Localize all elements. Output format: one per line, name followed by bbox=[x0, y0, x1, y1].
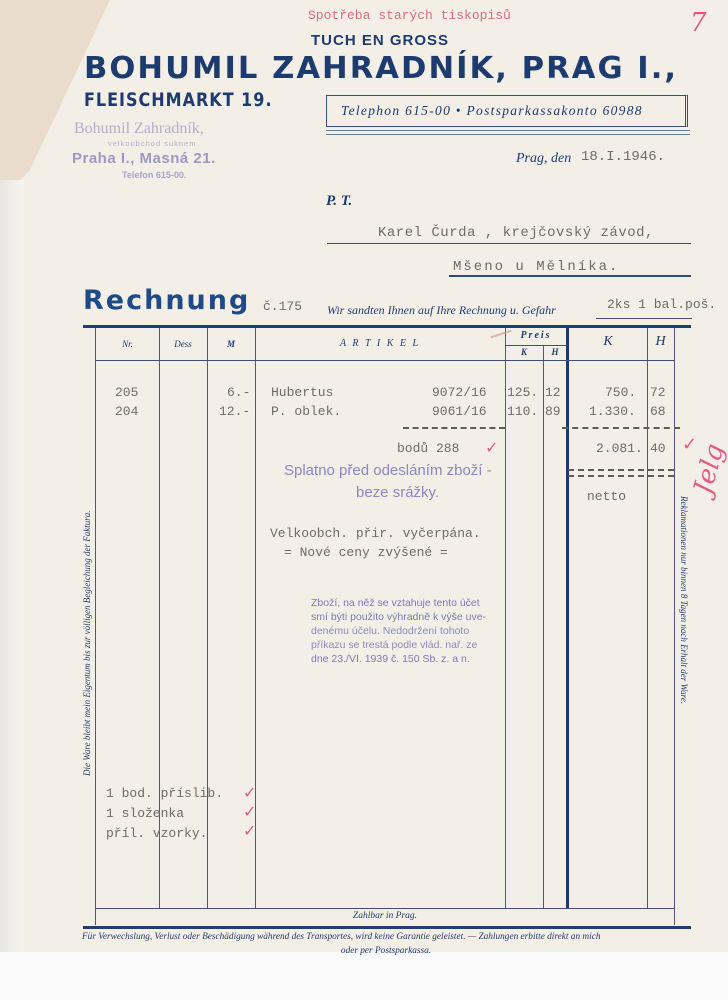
enclosure-item: 1 bod. příslib. bbox=[106, 786, 223, 801]
header-total-h: H bbox=[647, 334, 674, 350]
enclosure-item: 1 složenka bbox=[106, 806, 184, 821]
check-mark-icon: ✓ bbox=[485, 438, 498, 457]
col-divider-total bbox=[566, 328, 569, 908]
payable-note: Zahlbar in Prag. bbox=[96, 911, 674, 921]
row-preis-k: 110. bbox=[507, 404, 538, 419]
stamp-address: Praha I., Masná 21. bbox=[72, 150, 216, 167]
payment-stamp-line2: beze srážky. bbox=[356, 484, 439, 501]
row-total-h: 68 bbox=[650, 404, 666, 419]
check-mark-icon: ✓ bbox=[682, 434, 697, 455]
sum-double-rule-1 bbox=[568, 469, 674, 471]
table-right-border bbox=[674, 328, 675, 925]
invoice-title: Rechnung bbox=[83, 285, 250, 316]
header-preis: Preis bbox=[505, 330, 567, 341]
header-preis-h: H bbox=[543, 347, 567, 357]
preis-sub-rule bbox=[505, 345, 567, 346]
row-preis-h: 89 bbox=[545, 404, 561, 419]
recipient-city: Mšeno u Mělníka. bbox=[453, 259, 619, 275]
row-preis-k: 125. bbox=[507, 385, 538, 400]
contact-text: Telephon 615-00 • Postsparkassakonto 609… bbox=[341, 103, 643, 119]
check-mark-icon: ✓ bbox=[243, 802, 256, 821]
footer-line1: Für Verwechslung, Verlust oder Beschädig… bbox=[82, 932, 601, 942]
row-preis-h: 12 bbox=[545, 385, 561, 400]
row-nr: 205 bbox=[115, 385, 138, 400]
table-bottom-rule bbox=[96, 908, 674, 909]
shipping-label: Wir sandten Ihnen auf Ihre Rechnung u. G… bbox=[327, 303, 556, 318]
payment-stamp-line1: Splatno před odesláním zboží - bbox=[284, 462, 492, 479]
page-mark: 7 bbox=[690, 8, 707, 38]
col-divider-m bbox=[207, 328, 208, 908]
header-m: M bbox=[207, 339, 255, 349]
col-divider-dess bbox=[159, 328, 160, 908]
header-bottom-rule bbox=[96, 360, 674, 361]
table-footer-rule bbox=[83, 926, 691, 929]
row-total-k: 750. bbox=[605, 385, 636, 400]
subtotal-dash-artikel bbox=[403, 427, 505, 429]
scan-background bbox=[0, 952, 728, 1000]
regulation-line: smí býti použito výhradně k výše uve- bbox=[311, 611, 486, 623]
points: bodů 288 bbox=[397, 441, 459, 456]
row-nr: 204 bbox=[115, 404, 138, 419]
header-preis-k: K bbox=[505, 347, 543, 357]
header-total-k: K bbox=[569, 334, 647, 350]
note-line2: = Nové ceny zvýšené = bbox=[284, 545, 448, 560]
street-address: FLEISCHMARKT 19. bbox=[84, 89, 273, 111]
tagline: TUCH EN GROSS bbox=[311, 32, 449, 49]
enclosure-item: příl. vzorky. bbox=[106, 826, 207, 841]
contact-box-underline bbox=[326, 130, 690, 135]
row-m: 6.- bbox=[227, 385, 250, 400]
regulation-line: Zboží, na něž se vztahuje tento účet bbox=[311, 597, 480, 609]
check-mark-icon: ✓ bbox=[243, 783, 256, 802]
sum-k: 2.081. bbox=[596, 441, 643, 456]
regulation-line: příkazu se trestá podle vlád. nař. ze bbox=[311, 639, 477, 651]
note-line1: Velkoobch. přir. vyčerpána. bbox=[270, 526, 481, 541]
subtotal-dash-total bbox=[562, 427, 680, 429]
sum-double-rule-2 bbox=[568, 475, 674, 477]
date-label: Prag, den bbox=[516, 151, 571, 167]
header-nr: Nr. bbox=[96, 339, 159, 349]
header-artikel: A R T I K E L bbox=[255, 338, 505, 349]
row-artikel: Hubertus bbox=[271, 385, 333, 400]
check-mark-icon: ✓ bbox=[243, 821, 256, 840]
col-divider-total-h bbox=[647, 328, 648, 908]
shipping-value: 2ks 1 bal.poš. bbox=[607, 297, 716, 312]
table-top-rule bbox=[83, 325, 691, 328]
stamp-company-name: Bohumil Zahradník, bbox=[74, 120, 204, 138]
paper-edge-shadow bbox=[0, 180, 24, 970]
row-m: 12.- bbox=[219, 404, 250, 419]
salutation: P. T. bbox=[326, 193, 352, 210]
netto-label: netto bbox=[587, 489, 626, 504]
stamp-subtitle: velkoobchod suknem bbox=[108, 139, 196, 148]
red-stamp: Spotřeba starých tiskopisů bbox=[308, 8, 511, 23]
col-divider-preis bbox=[505, 328, 506, 908]
company-name: BOHUMIL ZAHRADNÍK, PRAG I., bbox=[84, 51, 678, 86]
header-dess: Dess bbox=[159, 339, 207, 349]
invoice-number: č.175 bbox=[263, 299, 302, 314]
date-value: 18.I.1946. bbox=[581, 149, 665, 165]
stamp-phone: Telefon 615-00. bbox=[122, 170, 186, 180]
recipient-city-line bbox=[449, 275, 691, 277]
recipient-name: Karel Čurda , krejčovský závod, bbox=[378, 225, 654, 241]
row-total-h: 72 bbox=[650, 385, 666, 400]
right-margin-note: Reklamationen nur binnen 8 Tagen nach Er… bbox=[679, 496, 689, 704]
col-divider-preis-h bbox=[543, 346, 544, 908]
left-margin-note: Die Ware bleibt mein Eigentum bis zur vö… bbox=[82, 510, 92, 776]
table-left-border bbox=[95, 328, 96, 925]
recipient-name-line bbox=[327, 243, 691, 244]
contact-box: Telephon 615-00 • Postsparkassakonto 609… bbox=[326, 95, 688, 127]
footer-line2: oder per Postsparkassa. bbox=[82, 946, 690, 956]
row-total-k: 1.330. bbox=[589, 404, 636, 419]
sum-h: 40 bbox=[650, 441, 666, 456]
row-code: 9072/16 bbox=[432, 385, 487, 400]
regulation-line: dne 23./VI. 1939 č. 150 Sb. z. a n. bbox=[311, 653, 470, 665]
shipping-line bbox=[596, 318, 692, 319]
regulation-line: denému účelu. Nedodržení tohoto bbox=[311, 625, 469, 637]
row-artikel: P. oblek. bbox=[271, 404, 341, 419]
row-code: 9061/16 bbox=[432, 404, 487, 419]
